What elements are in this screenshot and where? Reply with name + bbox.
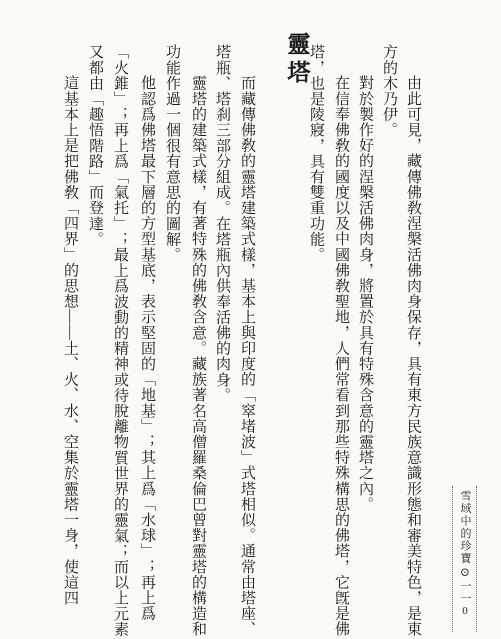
text-column-6: 而藏傳佛敎的靈塔建築式樣，基本上與印度的「窣堵波」式塔相似。通常由塔座、	[235, 44, 259, 632]
text-column-13: 這基本上是把佛敎「四界」的思想——土、火、水、空集於靈塔一身，使這四	[58, 44, 82, 632]
text-column-8: 靈塔的建築式樣，有著特殊的佛敎含意。藏族著名高僧羅桑倫巴曾對靈塔的構造和	[186, 44, 210, 632]
text-column-5: 塔，也是陵寢，具有雙重功能。	[304, 44, 328, 632]
text-column-12: 又都由「趣悟階路」而登達。	[83, 44, 107, 632]
text-column-4: 在信奉佛敎的國度以及中國佛敎聖地，人們常看到那些特殊構思的佛塔，它旣是佛	[329, 44, 353, 632]
text-column-9: 功能作過一個很有意思的圖解。	[160, 44, 184, 632]
text-column-2: 方的木乃伊。	[377, 44, 401, 632]
page-number: 一一0	[459, 580, 471, 619]
text-column-3: 對於製作好的涅槃活佛肉身，將置於具有特殊含意的靈塔之內。	[353, 44, 377, 632]
book-title: 雪域中的珍寶	[459, 490, 471, 565]
text-column-11: 「火錐」；再上爲「氣托」；最上爲波動的精神或待脫離物質世界的靈氣；而以上元素	[108, 44, 132, 632]
running-footer: 雪域中的珍寶⊙一一0	[452, 486, 477, 632]
book-page: 靈塔 由此可見，藏傳佛敎涅槃活佛肉身保存，具有東方民族意識形態和審美特色，是東 …	[0, 0, 501, 639]
text-column-10: 他認爲佛塔最下層的方型基底，表示堅固的「地基」；其上爲「水球」；再上爲	[135, 44, 159, 632]
circled-dot-icon: ⊙	[458, 565, 472, 580]
text-column-7: 塔瓶、塔刹三部分組成。在塔瓶內供奉活佛的肉身。	[210, 44, 234, 632]
text-column-1: 由此可見，藏傳佛敎涅槃活佛肉身保存，具有東方民族意識形態和審美特色，是東	[401, 44, 425, 632]
